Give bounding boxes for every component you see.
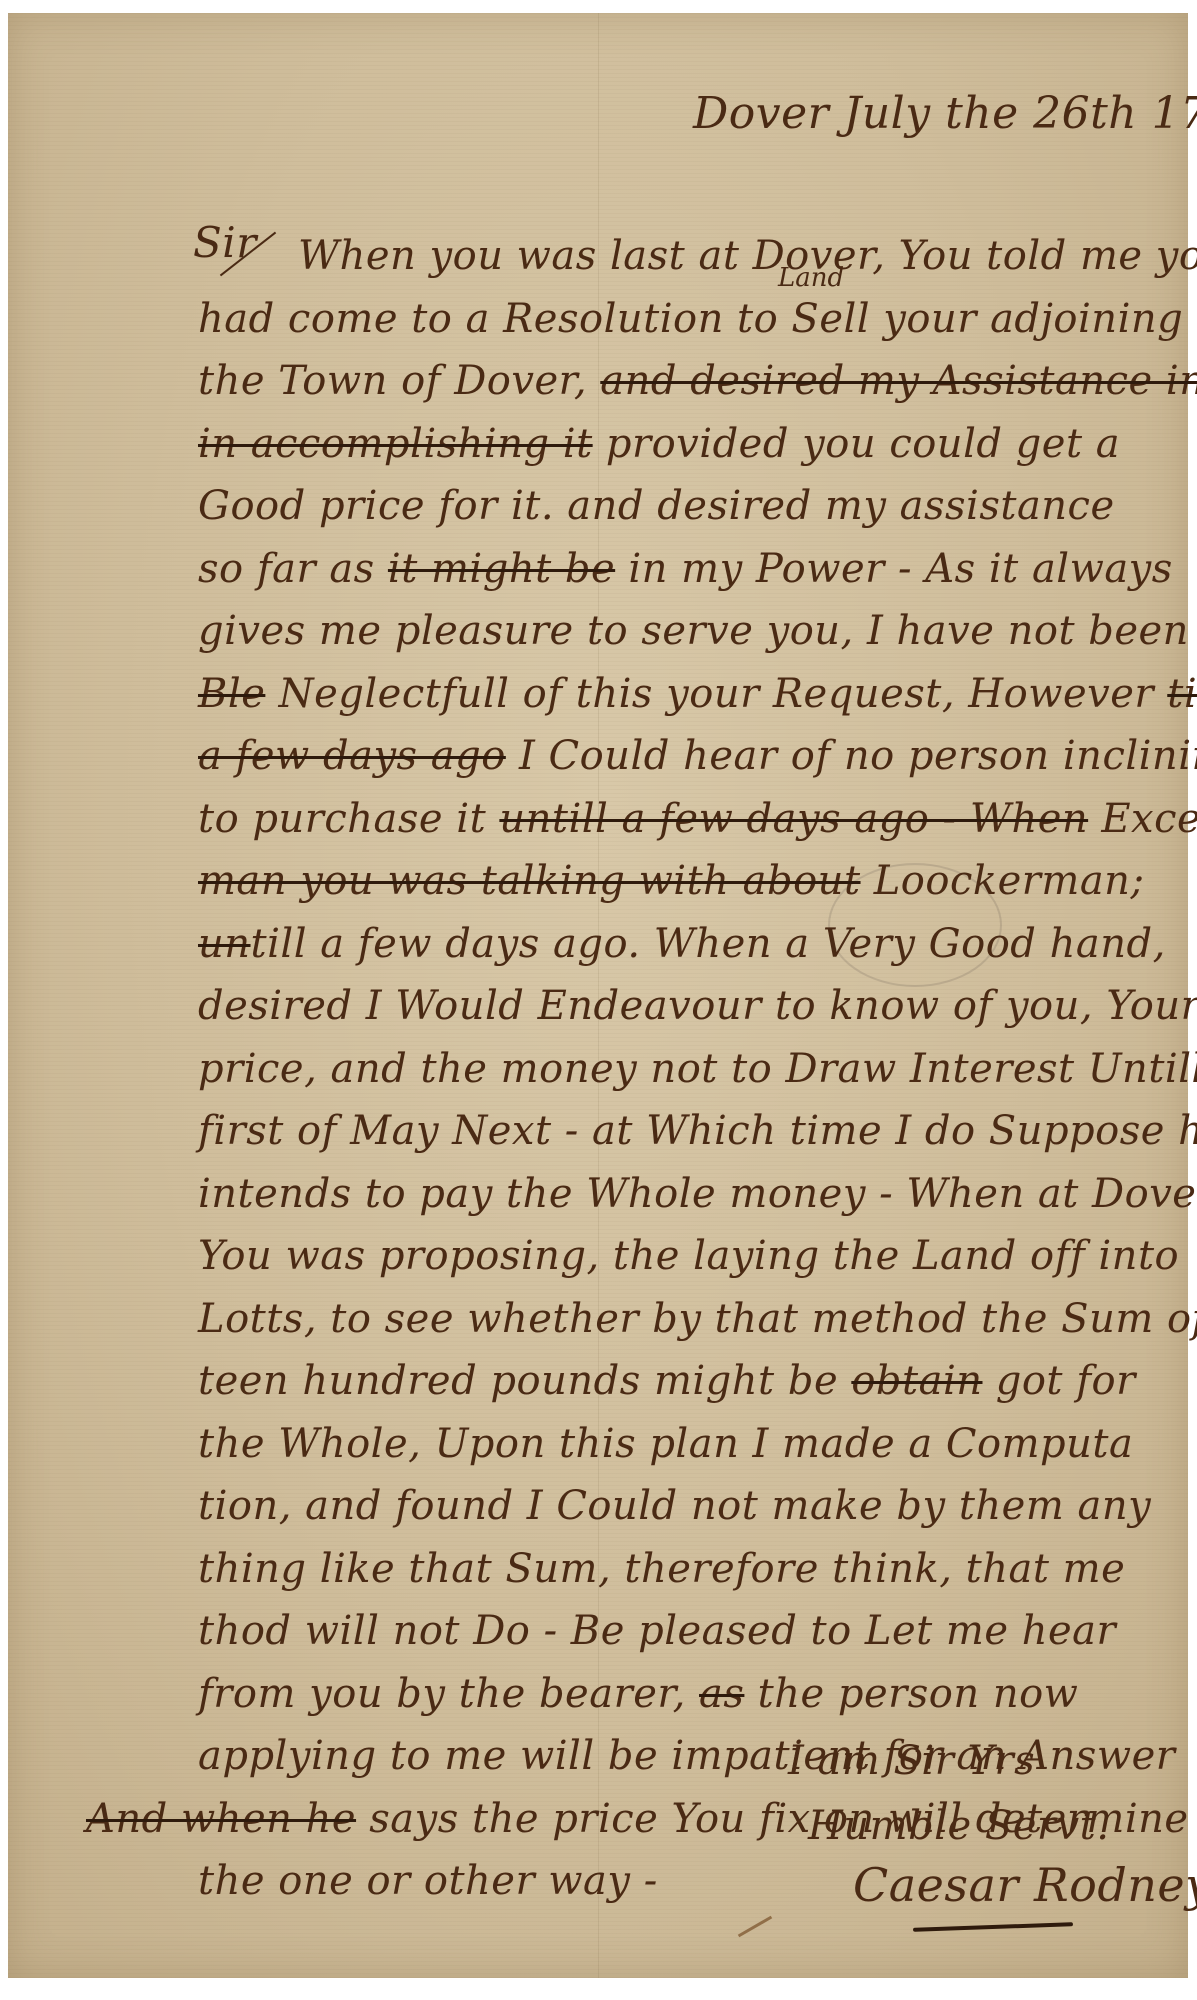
line-text: got for [983, 1358, 1136, 1404]
line-text: the one or other way - [198, 1858, 658, 1904]
letter-line: tion, and found I Could not make by them… [198, 1483, 1151, 1529]
line-text: Neglectfull of this your Request, Howeve… [265, 671, 1167, 717]
stray-ink-mark [738, 1916, 772, 1938]
line-text: desired I Would Endeavour to know of you… [198, 983, 1197, 1029]
line-text: Except [1088, 796, 1197, 842]
letter-line: the one or other way - [198, 1858, 658, 1904]
letter-line: intends to pay the Whole money - When at… [198, 1171, 1197, 1217]
line-text: the person now [744, 1671, 1078, 1717]
letter-line: When you was last at Dover, You told me … [298, 233, 1197, 279]
struck-text: man you was talking with about [198, 858, 861, 904]
struck-text: Ble [198, 671, 265, 717]
letter-line: man you was talking with about Loockerma… [198, 858, 1144, 904]
line-text: from you by the bearer, [198, 1671, 699, 1717]
line-text: adjoining [990, 296, 1183, 342]
line-text: thod will not Do - Be pleased to Let me … [198, 1608, 1116, 1654]
letter-line: Ble Neglectfull of this your Request, Ho… [198, 671, 1197, 717]
letter-line: thod will not Do - Be pleased to Let me … [198, 1608, 1116, 1654]
signature-underline [913, 1922, 1073, 1932]
line-text: had come to a Resolution to Sell your [198, 296, 990, 342]
letter-line: had come to a Resolution to Sell your ad… [198, 296, 1183, 342]
line-text: When you was last at Dover, You told me … [298, 233, 1197, 279]
line-text: tion, and found I Could not make by them… [198, 1483, 1151, 1529]
line-text: first of May Next - at Which time I do S… [198, 1108, 1197, 1154]
struck-text: And when he [86, 1796, 356, 1842]
line-text: till a few days ago. When a Very Good ha… [251, 921, 1166, 967]
letter-line: teen hundred pounds might be obtain got … [198, 1358, 1136, 1404]
struck-text: it might be [388, 546, 615, 592]
struck-text: in accomplishing it [198, 421, 593, 467]
letter-line: gives me pleasure to serve you, I have n… [198, 608, 1189, 654]
line-text: thing like that Sum, therefore think, th… [198, 1546, 1125, 1592]
line-text: in my Power - As it always [615, 546, 1173, 592]
struck-text: till [1167, 671, 1197, 717]
letter-line: so far as it might be in my Power - As i… [198, 546, 1173, 592]
letter-line: the Town of Dover, and desired my Assist… [198, 358, 1197, 404]
letter-line: thing like that Sum, therefore think, th… [198, 1546, 1125, 1592]
struck-text: and desired my Assistance in [600, 358, 1197, 404]
letter-line: a few days ago I Could hear of no person… [198, 733, 1197, 779]
letter-line: the Whole, Upon this plan I made a Compu… [198, 1421, 1133, 1467]
line-text: gives me pleasure to serve you, I have n… [198, 608, 1189, 654]
struck-text: untill a few days ago - When [499, 796, 1088, 842]
salutation: Sir [193, 218, 257, 267]
letter-paper: Dover July the 26th 1774 Sir Land When y… [8, 13, 1188, 1978]
line-text: I Could hear of no person inclining [506, 733, 1197, 779]
letter-line: to purchase it untill a few days ago - W… [198, 796, 1197, 842]
letter-line: first of May Next - at Which time I do S… [198, 1108, 1197, 1154]
dateline: Dover July the 26th 1774 [693, 88, 1197, 139]
struck-text: un [198, 921, 251, 967]
letter-line: in accomplishing it provided you could g… [198, 421, 1120, 467]
letter-line: price, and the money not to Draw Interes… [198, 1046, 1197, 1092]
line-text: teen hundred pounds might be [198, 1358, 851, 1404]
line-text: the Town of Dover, [198, 358, 600, 404]
letter-line: Lotts, to see whether by that method the… [198, 1296, 1197, 1342]
line-text: provided you could get a [593, 421, 1120, 467]
struck-text: as [699, 1671, 744, 1717]
letter-line: untill a few days ago. When a Very Good … [198, 921, 1166, 967]
line-text: price, and the money not to Draw Interes… [198, 1046, 1197, 1092]
letter-line: Good price for it. and desired my assist… [198, 483, 1115, 529]
line-text: Loockerman; [861, 858, 1145, 904]
line-text: the Whole, Upon this plan I made a Compu… [198, 1421, 1133, 1467]
closing-line-2: Humble Servt. [808, 1803, 1109, 1849]
struck-text: obtain [851, 1358, 982, 1404]
letter-line: desired I Would Endeavour to know of you… [198, 983, 1197, 1029]
struck-text: a few days ago [198, 733, 506, 779]
letter-line: You was proposing, the laying the Land o… [198, 1233, 1179, 1279]
signature: Caesar Rodney [853, 1858, 1197, 1912]
line-text: You was proposing, the laying the Land o… [198, 1233, 1179, 1279]
line-text: Lotts, to see whether by that method the… [198, 1296, 1197, 1342]
line-text: to purchase it [198, 796, 499, 842]
line-text: intends to pay the Whole money - When at… [198, 1171, 1197, 1217]
line-text: Good price for it. and desired my assist… [198, 483, 1115, 529]
letter-line: from you by the bearer, as the person no… [198, 1671, 1078, 1717]
line-text: so far as [198, 546, 388, 592]
closing-line-1: I am Sir Yrs [788, 1738, 1035, 1784]
